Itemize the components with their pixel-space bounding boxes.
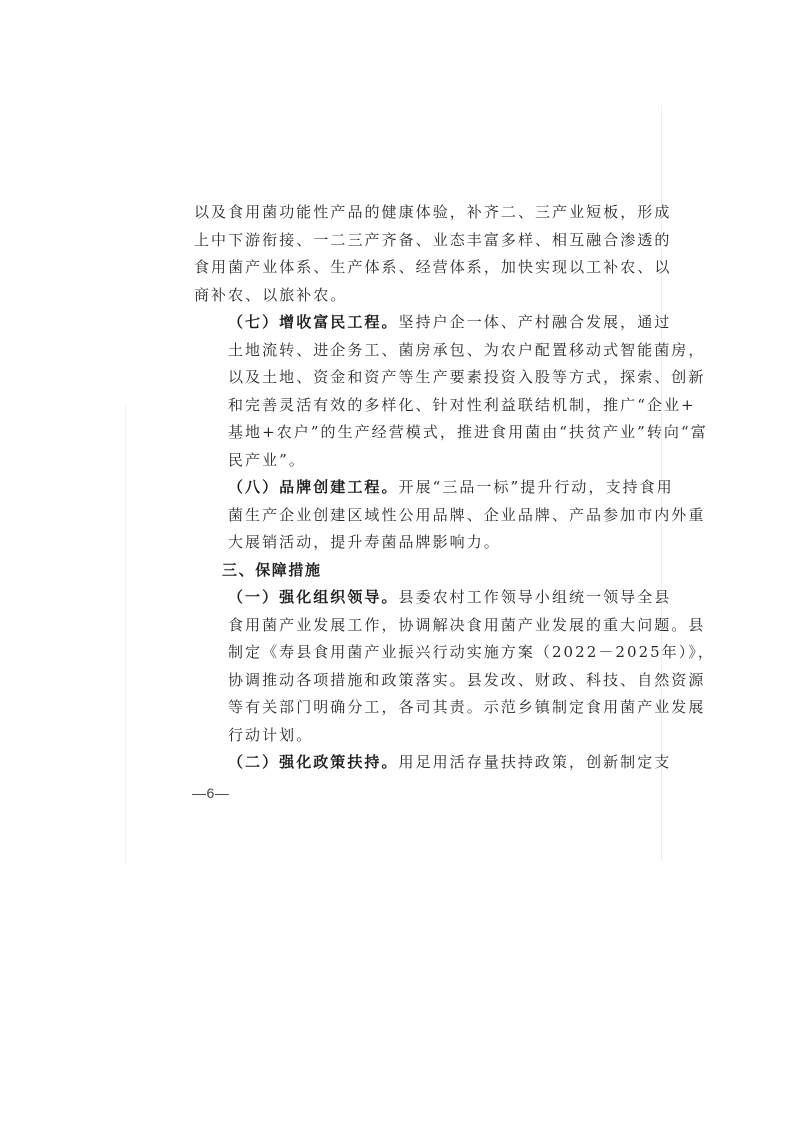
text-line: 食用菌产业体系、生产体系、经营体系，加快实现以工补农、以 [194,254,590,282]
text-line: 等有关部门明确分工，各司其责。示范乡镇制定食用菌产业发展 [194,694,590,722]
text-fragment: 坚持户企一体、产村融合发展，通过 [399,313,672,331]
text-fragment: 用足用活存量扶持政策，创新制定支 [399,753,672,771]
text-line: 民产业”。 [194,447,590,475]
text-line: （一）强化组织领导。县委农村工作领导小组统一领导全县 [194,584,590,612]
paragraph-income-increase-project: （七）增收富民工程。坚持户企一体、产村融合发展，通过 土地流转、进企务工、菌房承… [194,309,590,474]
text-line: 制定《寿县食用菌产业振兴行动实施方案（2022－2025年）》， [194,639,590,667]
paragraph-policy-support: （二）强化政策扶持。用足用活存量扶持政策，创新制定支 [194,749,590,777]
text-line: （八）品牌创建工程。开展“三品一标”提升行动，支持食用 [194,474,590,502]
text-fragment: 县委农村工作领导小组统一领导全县 [399,588,672,606]
paragraph-continuation: 以及食用菌功能性产品的健康体验，补齐二、三产业短板，形成 上中下游衔接、一二三产… [194,199,590,309]
paragraph-lead-heading: （二）强化政策扶持。 [228,753,399,771]
text-line: 行动计划。 [194,722,590,750]
text-fragment: 开展“三品一标”提升行动，支持食用 [399,478,674,496]
paragraph-lead-heading: （一）强化组织领导。 [228,588,399,606]
paragraph-strengthen-leadership: （一）强化组织领导。县委农村工作领导小组统一领导全县 食用菌产业发展工作，协调解… [194,584,590,749]
text-line: 协调推动各项措施和政策落实。县发改、财政、科技、自然资源 [194,667,590,695]
section-heading-safeguards: 三、保障措施 [194,557,590,585]
text-line: 以及食用菌功能性产品的健康体验，补齐二、三产业短板，形成 [194,199,590,227]
text-line: （二）强化政策扶持。用足用活存量扶持政策，创新制定支 [194,749,590,777]
paragraph-lead-heading: （七）增收富民工程。 [228,313,399,331]
text-line: 土地流转、进企务工、菌房承包、为农户配置移动式智能菌房， [194,337,590,365]
text-line: 大展销活动，提升寿菌品牌影响力。 [194,529,590,557]
text-line: 以及土地、资金和资产等生产要素投资入股等方式，探索、创新 [194,364,590,392]
text-line: 食用菌产业发展工作，协调解决食用菌产业发展的重大问题。县 [194,612,590,640]
text-line: 上中下游衔接、一二三产齐备、业态丰富多样、相互融合渗透的 [194,227,590,255]
text-line: 和完善灵活有效的多样化、针对性利益联结机制，推广“企业+ [194,392,590,420]
text-line: 菌生产企业创建区域性公用品牌、企业品牌、产品参加市内外重 [194,502,590,530]
scan-edge-left [125,405,126,865]
text-line: 商补农、以旅补农。 [194,282,590,310]
paragraph-lead-heading: （八）品牌创建工程。 [228,478,399,496]
paragraph-brand-building-project: （八）品牌创建工程。开展“三品一标”提升行动，支持食用 菌生产企业创建区域性公用… [194,474,590,557]
page-number: —6— [192,785,229,801]
text-line: 基地+农户”的生产经营模式，推进食用菌由“扶贫产业”转向“富 [194,419,590,447]
document-page-body: 以及食用菌功能性产品的健康体验，补齐二、三产业短板，形成 上中下游衔接、一二三产… [194,199,590,777]
text-line: （七）增收富民工程。坚持户企一体、产村融合发展，通过 [194,309,590,337]
